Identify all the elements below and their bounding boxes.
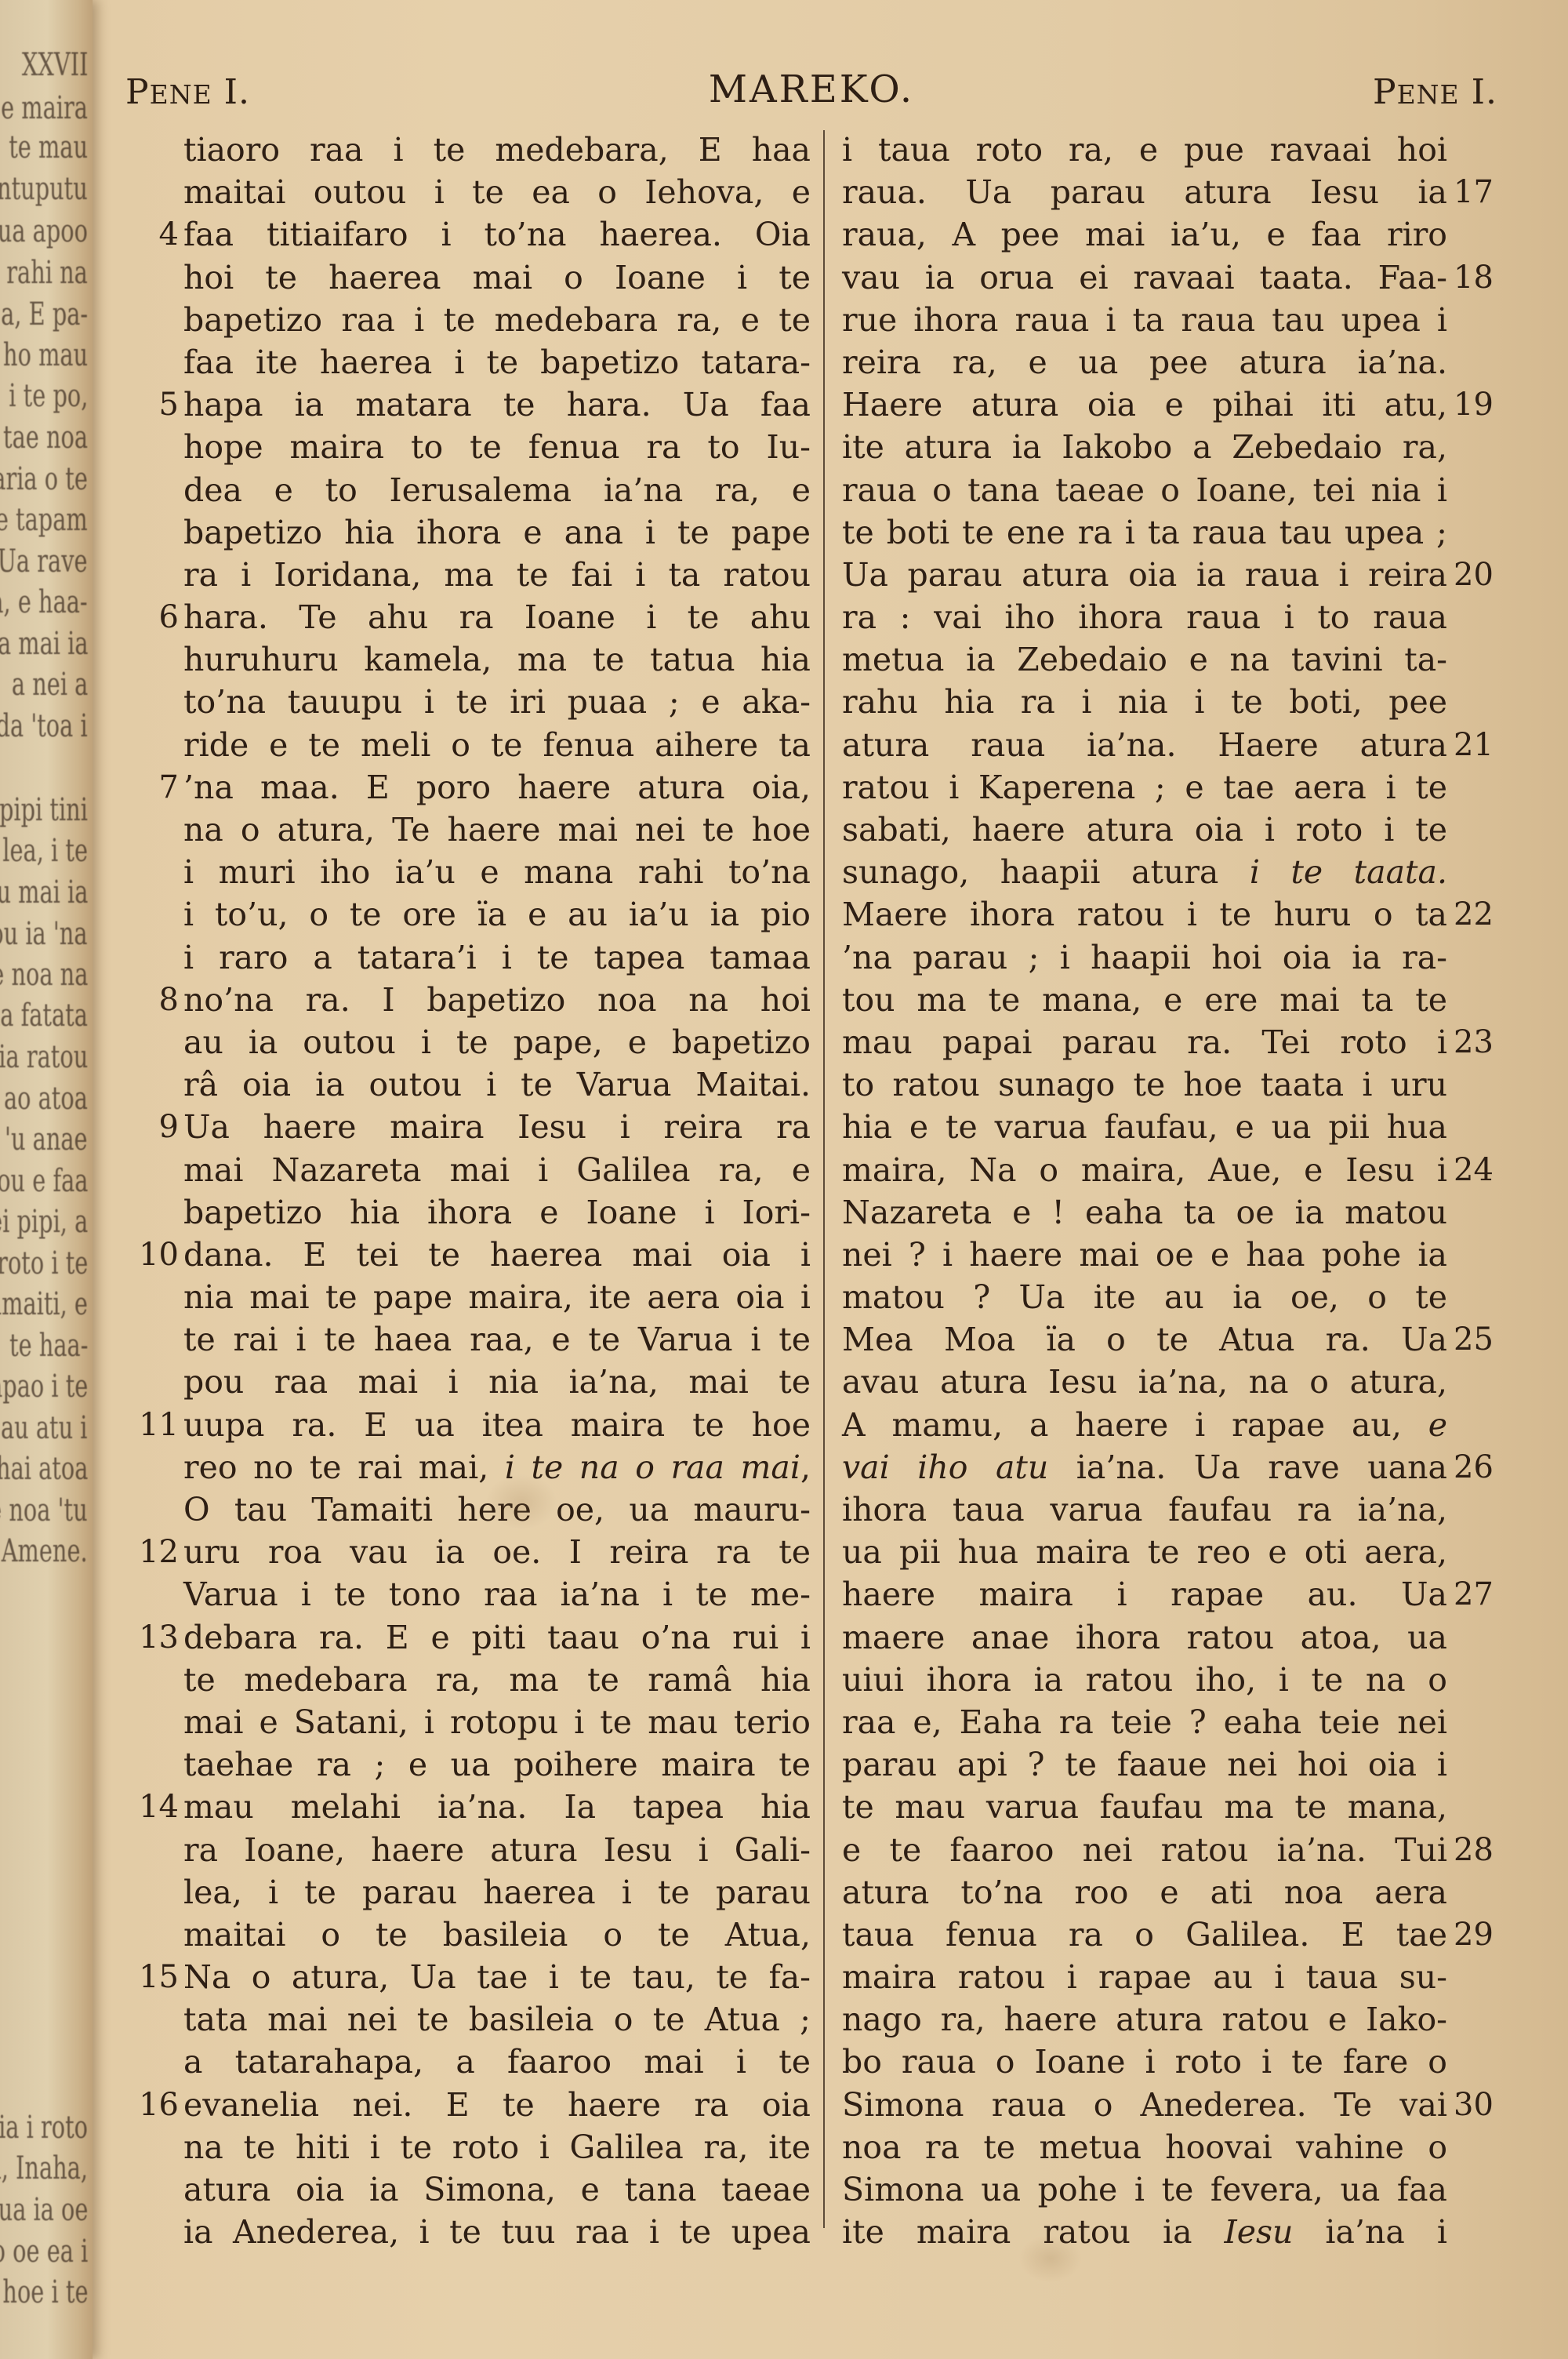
text-segment: maitai o te basileia o te Atua, — [183, 1916, 811, 1954]
previous-page-text-fragment: rahi na — [6, 255, 88, 291]
verse-number: 30 — [1454, 2084, 1508, 2126]
text-line: ra i Ioridana, ma te fai i ta ratou — [118, 554, 815, 596]
text-segment: râ oia ia outou i te Varua Maitai. — [183, 1066, 811, 1103]
text-line: na o atura, Te haere mai nei te hoe — [118, 809, 815, 851]
text-segment: Maere ihora ratou i te huru o ta — [842, 896, 1447, 933]
text-line: bapetizo hia ihora e ana i te pape — [118, 511, 815, 554]
line-text: ihora taua varua faufau ra ia’na, — [842, 1488, 1447, 1531]
text-line: avau atura Iesu ia’na, na o atura, — [833, 1361, 1499, 1403]
italic-segment: vai iho atu — [842, 1448, 1048, 1486]
text-segment: Simona raua o Anederea. Te vai — [842, 2086, 1447, 2124]
text-line: Mea Moa ïa o te Atua ra. Ua25 — [833, 1318, 1499, 1361]
line-text: bapetizo raa i te medebara ra, e te — [183, 299, 811, 341]
text-line: ’na parau ; i haapii hoi oia ia ra- — [833, 936, 1499, 979]
italic-segment: Iesu — [1225, 2213, 1294, 2251]
previous-page-text-fragment: e noa 'tu — [0, 1492, 88, 1528]
text-segment: sabati, haere atura oia i roto i te — [842, 811, 1447, 849]
text-line: i taua roto ra, e pue ravaai hoi — [833, 129, 1499, 171]
line-text: reira ra, e ua pee atura ia’na. — [842, 341, 1447, 383]
text-segment: sunago, haapii atura — [842, 853, 1250, 891]
right-text-column: i taua roto ra, e pue ravaai hoiraua. Ua… — [833, 129, 1499, 2253]
text-line: raua o tana taeae o Ioane, tei nia i — [833, 469, 1499, 511]
text-segment: ite maira ratou ia — [842, 2213, 1225, 2251]
text-segment: hoi te haerea mai o Ioane i te — [183, 259, 811, 296]
text-line: ite atura ia Iakobo a Zebedaio ra, — [833, 426, 1499, 468]
previous-page-text-fragment: ia ratou — [0, 1039, 88, 1075]
verse-number: 7 — [118, 766, 179, 809]
text-segment: ihora taua varua faufau ra ia’na, — [842, 1491, 1447, 1528]
text-segment: pou raa mai i nia ia’na, mai te — [183, 1363, 811, 1401]
text-line: Simona ua pohe i te fevera, ua faa — [833, 2168, 1499, 2211]
line-text: raua, A pee mai ia’u, e faa riro — [842, 213, 1447, 256]
previous-page-text-fragment: a, Inaha, — [0, 2150, 88, 2186]
text-line: raa e, Eaha ra teie ? eaha teie nei — [833, 1701, 1499, 1743]
line-text: parau api ? te faaue nei hoi oia i — [842, 1743, 1447, 1786]
text-line: ua pii hua maira te reo e oti aera, — [833, 1531, 1499, 1573]
text-line: bo raua o Ioane i roto i te fare o — [833, 2041, 1499, 2083]
verse-number: 17 — [1454, 171, 1508, 213]
line-text: avau atura Iesu ia’na, na o atura, — [842, 1361, 1447, 1403]
text-line: atura raua ia’na. Haere atura21 — [833, 724, 1499, 766]
text-segment: debara ra. E e piti taau o’na rui i — [183, 1619, 811, 1656]
verse-number: 5 — [118, 383, 179, 426]
verse-number: 22 — [1454, 893, 1508, 936]
italic-segment: e — [1428, 1406, 1447, 1444]
text-line: a tatarahapa, a faaroo mai i te — [118, 2041, 815, 2083]
text-line: pou raa mai i nia ia’na, mai te — [118, 1361, 815, 1403]
text-segment: lea, i te parau haerea i te parau — [183, 1874, 811, 1911]
line-text: Varua i te tono raa ia’na i te me- — [183, 1573, 811, 1616]
text-line: bapetizo hia ihora e Ioane i Iori- — [118, 1191, 815, 1234]
text-line: faa titiaifaro i to’na haerea. Oia4 — [118, 213, 815, 256]
text-line: i muri iho ia’u e mana rahi to’na — [118, 851, 815, 893]
text-segment: Nazareta e ! eaha ta oe ia matou — [842, 1194, 1447, 1231]
text-segment: nei ? i haere mai oe e haa pohe ia — [842, 1236, 1447, 1274]
text-line: maira ratou i rapae au i taua su- — [833, 1956, 1499, 1998]
verse-number: 11 — [118, 1404, 179, 1446]
text-segment: reira ra, e ua pee atura ia’na. — [842, 343, 1447, 381]
previous-page-text-fragment: ua apoo — [0, 213, 88, 249]
text-line: taua fenua ra o Galilea. E tae29 — [833, 1914, 1499, 1956]
text-line: ia Anederea, i te tuu raa i te upea — [118, 2211, 815, 2253]
left-text-column: tiaoro raa i te medebara, E haamaitai ou… — [118, 129, 815, 2253]
previous-page-text-fragment: ntuputu — [0, 171, 88, 207]
text-segment: ra Ioane, haere atura Iesu i Gali- — [183, 1831, 811, 1869]
text-segment: maira, Na o maira, Aue, e Iesu i — [842, 1151, 1447, 1189]
previous-page-text-fragment: te haa- — [9, 1328, 88, 1364]
text-segment: nia mai te pape maira, ite aera oia i — [183, 1278, 811, 1316]
text-segment: hara. Te ahu ra Ioane i te ahu — [183, 598, 811, 636]
line-text: te rai i te haea raa, e te Varua i te — [183, 1318, 811, 1361]
text-segment: Mea Moa ïa o te Atua ra. Ua — [842, 1321, 1447, 1358]
text-segment: e te faaroo nei ratou ia’na. Tui — [842, 1831, 1447, 1869]
text-segment: te medebara ra, ma te ramâ hia — [183, 1661, 811, 1699]
text-line: maira, Na o maira, Aue, e Iesu i24 — [833, 1149, 1499, 1191]
text-segment: avau atura Iesu ia’na, na o atura, — [842, 1363, 1447, 1401]
text-line: atura oia ia Simona, e tana taeae — [118, 2168, 815, 2211]
line-text: tiaoro raa i te medebara, E haa — [183, 129, 811, 171]
line-text: O tau Tamaiti here oe, ua mauru- — [183, 1488, 811, 1531]
text-segment: reo no te rai mai, — [183, 1448, 505, 1486]
text-segment: Simona ua pohe i te fevera, ua faa — [842, 2171, 1447, 2208]
previous-page-text-fragment: ou ia 'na — [0, 916, 88, 952]
text-line: Ua haere maira Iesu i reira ra9 — [118, 1106, 815, 1148]
verse-number: 25 — [1454, 1318, 1508, 1361]
line-text: faa ite haerea i te bapetizo tatara- — [183, 341, 811, 383]
text-line: ratou i Kaperena ; e tae aera i te — [833, 766, 1499, 809]
previous-page-text-fragment: e tapam — [0, 502, 88, 538]
line-text: lea, i te parau haerea i te parau — [183, 1871, 811, 1914]
line-text: maira, Na o maira, Aue, e Iesu i — [842, 1149, 1447, 1191]
text-line: uiui ihora ia ratou iho, i te na o — [833, 1659, 1499, 1701]
line-text: rue ihora raua i ta raua tau upea i — [842, 299, 1447, 341]
line-text: reo no te rai mai, i te na o raa mai, — [183, 1446, 811, 1488]
text-line: hoi te haerea mai o Ioane i te — [118, 256, 815, 299]
previous-page-text-fragment: Ua rave — [0, 543, 88, 580]
text-segment: Na o atura, Ua tae i te tau, te fa- — [183, 1958, 811, 1996]
text-segment: mau melahi ia’na. Ia tapea hia — [183, 1788, 811, 1826]
line-text: hope maira to te fenua ra to Iu- — [183, 426, 811, 468]
text-segment: to ratou sunago te hoe taata i uru — [842, 1066, 1447, 1103]
text-segment: ua pii hua maira te reo e oti aera, — [842, 1533, 1447, 1571]
text-segment: i muri iho ia’u e mana rahi to’na — [183, 853, 811, 891]
previous-page-text-fragment: hia i roto — [0, 2110, 88, 2146]
previous-page-text-fragment: hoe i te — [2, 2274, 88, 2310]
line-text: ite atura ia Iakobo a Zebedaio ra, — [842, 426, 1447, 468]
line-text: maitai o te basileia o te Atua, — [183, 1914, 811, 1956]
line-text: mau papai parau ra. Tei roto i — [842, 1021, 1447, 1063]
text-segment: atura raua ia’na. Haere atura — [842, 726, 1447, 764]
text-segment: Varua i te tono raa ia’na i te me- — [183, 1576, 811, 1613]
text-segment: O tau Tamaiti here oe, ua mauru- — [183, 1491, 811, 1528]
text-line: ite maira ratou ia Iesu ia’na i — [833, 2211, 1499, 2253]
line-text: Haere atura oia e pihai iti atu, — [842, 383, 1447, 426]
text-segment: ite atura ia Iakobo a Zebedaio ra, — [842, 428, 1447, 466]
text-line: rahu hia ra i nia i te boti, pee — [833, 681, 1499, 723]
text-segment: ’na parau ; i haapii hoi oia ia ra- — [842, 939, 1447, 976]
text-segment: atura to’na roo e ati noa aera — [842, 1874, 1447, 1911]
text-line: Varua i te tono raa ia’na i te me- — [118, 1573, 815, 1616]
line-text: ra i Ioridana, ma te fai i ta ratou — [183, 554, 811, 596]
line-text: ’na maa. E poro haere atura oia, — [183, 766, 811, 809]
line-text: ia Anederea, i te tuu raa i te upea — [183, 2211, 811, 2253]
line-text: taua fenua ra o Galilea. E tae — [842, 1914, 1447, 1956]
text-line: parau api ? te faaue nei hoi oia i — [833, 1743, 1499, 1786]
verse-number: 8 — [118, 979, 179, 1021]
verse-number: 12 — [118, 1531, 179, 1573]
line-text: na te hiti i te roto i Galilea ra, ite — [183, 2126, 811, 2168]
text-segment: dea e to Ierusalema ia’na ra, e — [183, 471, 811, 509]
line-text: hia e te varua faufau, e ua pii hua — [842, 1106, 1447, 1148]
line-text: vai iho atu ia’na. Ua rave uana — [842, 1446, 1447, 1488]
text-line: te mau varua faufau ma te mana, — [833, 1786, 1499, 1828]
previous-page-text-fragment: lea, i te — [2, 833, 88, 869]
text-segment: taua fenua ra o Galilea. E tae — [842, 1916, 1447, 1954]
line-text: ra : vai iho ihora raua i to raua — [842, 596, 1447, 638]
text-segment: raua. Ua parau atura Iesu ia — [842, 173, 1447, 211]
text-line: mau papai parau ra. Tei roto i23 — [833, 1021, 1499, 1063]
text-line: to’na tauupu i te iri puaa ; e aka- — [118, 681, 815, 723]
line-text: noa ra te metua hoovai vahine o — [842, 2126, 1447, 2168]
verse-number: 18 — [1454, 256, 1508, 299]
column-divider-rule — [823, 130, 825, 2228]
line-text: au ia outou i te pape, e bapetizo — [183, 1021, 811, 1063]
line-text: evanelia nei. E te haere ra oia — [183, 2084, 811, 2126]
line-text: to’na tauupu i te iri puaa ; e aka- — [183, 681, 811, 723]
line-text: no’na ra. I bapetizo noa na hoi — [183, 979, 811, 1021]
line-text: nei ? i haere mai oe e haa pohe ia — [842, 1234, 1447, 1276]
text-segment: Haere atura oia e pihai iti atu, — [842, 386, 1447, 423]
line-text: i to’u, o te ore ïa e au ia’u ia pio — [183, 893, 811, 936]
line-text: pou raa mai i nia ia’na, mai te — [183, 1361, 811, 1403]
text-segment: maere anae ihora ratou atoa, ua — [842, 1619, 1447, 1656]
text-segment: na te hiti i te roto i Galilea ra, ite — [183, 2128, 811, 2166]
text-line: na te hiti i te roto i Galilea ra, ite — [118, 2126, 815, 2168]
verse-number: 27 — [1454, 1573, 1508, 1616]
text-line: bapetizo raa i te medebara ra, e te — [118, 299, 815, 341]
previous-page-text-fragment: a nei a — [12, 667, 88, 703]
text-line: taehae ra ; e ua poihere maira te — [118, 1743, 815, 1786]
text-segment: vau ia orua ei ravaai taata. Faa- — [842, 259, 1447, 296]
italic-segment: i te na o raa mai — [505, 1448, 800, 1486]
previous-page-text-fragment: ei pipi, a — [0, 1204, 88, 1240]
text-segment: i raro a tatara’i i te tapea tamaa — [183, 939, 811, 976]
verse-number: 14 — [118, 1786, 179, 1828]
text-segment: metua ia Zebedaio e na tavini ta- — [842, 641, 1447, 678]
text-line: hara. Te ahu ra Ioane i te ahu6 — [118, 596, 815, 638]
text-line: mai e Satani, i rotopu i te mau terio — [118, 1701, 815, 1743]
text-line: nago ra, haere atura ratou e Iako- — [833, 1998, 1499, 2041]
previous-page-text-fragment: a mai ia — [0, 626, 88, 662]
line-text: Maere ihora ratou i te huru o ta — [842, 893, 1447, 936]
text-segment: faa titiaifaro i to’na haerea. Oia — [183, 216, 811, 253]
line-text: i raro a tatara’i i te tapea tamaa — [183, 936, 811, 979]
text-segment: uiui ihora ia ratou iho, i te na o — [842, 1661, 1447, 1699]
text-segment: hope maira to te fenua ra to Iu- — [183, 428, 811, 466]
text-segment: parau api ? te faaue nei hoi oia i — [842, 1746, 1447, 1783]
text-segment: rue ihora raua i ta raua tau upea i — [842, 301, 1447, 339]
line-text: atura to’na roo e ati noa aera — [842, 1871, 1447, 1914]
line-text: te medebara ra, ma te ramâ hia — [183, 1659, 811, 1701]
line-text: debara ra. E e piti taau o’na rui i — [183, 1616, 811, 1659]
text-segment: raua o tana taeae o Ioane, tei nia i — [842, 471, 1447, 509]
text-segment: uru roa vau ia oe. I reira ra te — [183, 1533, 811, 1571]
line-text: maitai outou i te ea o Iehova, e — [183, 171, 811, 213]
line-text: sunago, haapii atura i te taata. — [842, 851, 1447, 893]
text-line: hapa ia matara te hara. Ua faa5 — [118, 383, 815, 426]
text-segment: atura oia ia Simona, e tana taeae — [183, 2171, 811, 2208]
text-segment: ia’na. Ua rave uana — [1048, 1448, 1447, 1486]
line-text: bapetizo hia ihora e ana i te pape — [183, 511, 811, 554]
text-line: Na o atura, Ua tae i te tau, te fa-15 — [118, 1956, 815, 1998]
line-text: te boti te ene ra i ta raua tau upea ; — [842, 511, 1447, 554]
text-segment: maitai outou i te ea o Iehova, e — [183, 173, 811, 211]
line-text: Mea Moa ïa o te Atua ra. Ua — [842, 1318, 1447, 1361]
verse-number: 28 — [1454, 1829, 1508, 1871]
text-line: nia mai te pape maira, ite aera oia i — [118, 1276, 815, 1318]
text-line: vau ia orua ei ravaai taata. Faa-18 — [833, 256, 1499, 299]
text-segment: i taua roto ra, e pue ravaai hoi — [842, 131, 1447, 169]
verse-number: 6 — [118, 596, 179, 638]
previous-page-text-fragment: pipi tini — [0, 792, 88, 828]
italic-segment: i te taata. — [1250, 853, 1447, 891]
line-text: dana. E tei te haerea mai oia i — [183, 1234, 811, 1276]
line-text: atura raua ia’na. Haere atura — [842, 724, 1447, 766]
line-text: i taua roto ra, e pue ravaai hoi — [842, 129, 1447, 171]
line-text: sabati, haere atura oia i roto i te — [842, 809, 1447, 851]
text-segment: Ua haere maira Iesu i reira ra — [183, 1108, 811, 1146]
previous-page-text-fragment: XXVII — [21, 47, 88, 83]
line-text: te mau varua faufau ma te mana, — [842, 1786, 1447, 1828]
text-line: maitai o te basileia o te Atua, — [118, 1914, 815, 1956]
text-segment: haere maira i rapae au. Ua — [842, 1576, 1447, 1613]
text-line: matou ? Ua ite au ia oe, o te — [833, 1276, 1499, 1318]
verse-number: 15 — [118, 1956, 179, 1998]
text-segment: to’na tauupu i te iri puaa ; e aka- — [183, 683, 811, 721]
text-segment: noa ra te metua hoovai vahine o — [842, 2128, 1447, 2166]
line-text: Ua haere maira Iesu i reira ra — [183, 1106, 811, 1148]
previous-page-text-fragment: pihai atoa — [0, 1451, 88, 1487]
text-line: dana. E tei te haerea mai oia i10 — [118, 1234, 815, 1276]
text-segment: te mau varua faufau ma te mana, — [842, 1788, 1447, 1826]
line-text: raua. Ua parau atura Iesu ia — [842, 171, 1447, 213]
text-line: rue ihora raua i ta raua tau upea i — [833, 299, 1499, 341]
line-text: raa e, Eaha ra teie ? eaha teie nei — [842, 1701, 1447, 1743]
verse-number: 29 — [1454, 1914, 1508, 1956]
text-segment: , — [800, 1448, 811, 1486]
text-line: ride e te meli o te fenua aihere ta — [118, 724, 815, 766]
text-segment: bapetizo hia ihora e Ioane i Iori- — [183, 1194, 811, 1231]
previous-page-text-fragment: a, e haa- — [0, 584, 88, 620]
text-line: mau melahi ia’na. Ia tapea hia14 — [118, 1786, 815, 1828]
text-segment: raua, A pee mai ia’u, e faa riro — [842, 216, 1447, 253]
text-line: te boti te ene ra i ta raua tau upea ; — [833, 511, 1499, 554]
previous-page-text-fragment: da 'toa i — [0, 708, 88, 744]
text-segment: raa e, Eaha ra teie ? eaha teie nei — [842, 1703, 1447, 1741]
text-line: vai iho atu ia’na. Ua rave uana26 — [833, 1446, 1499, 1488]
line-text: tou ma te mana, e ere mai ta te — [842, 979, 1447, 1021]
text-line: uru roa vau ia oe. I reira ra te12 — [118, 1531, 815, 1573]
line-text: uiui ihora ia ratou iho, i te na o — [842, 1659, 1447, 1701]
text-line: Haere atura oia e pihai iti atu,19 — [833, 383, 1499, 426]
text-segment: au ia outou i te pape, e bapetizo — [183, 1023, 811, 1061]
text-segment: dana. E tei te haerea mai oia i — [183, 1236, 811, 1274]
text-segment: te rai i te haea raa, e te Varua i te — [183, 1321, 811, 1358]
text-segment: tiaoro raa i te medebara, E haa — [183, 131, 811, 169]
line-text: bapetizo hia ihora e Ioane i Iori- — [183, 1191, 811, 1234]
chapter-label-right: PENE I. — [1373, 72, 1497, 112]
line-text: ’na parau ; i haapii hoi oia ia ra- — [842, 936, 1447, 979]
text-segment: taehae ra ; e ua poihere maira te — [183, 1746, 811, 1783]
book-title: MAREKO. — [125, 67, 1497, 111]
line-text: faa titiaifaro i to’na haerea. Oia — [183, 213, 811, 256]
previous-page-text-fragment: o oe ea i — [0, 2234, 88, 2270]
line-text: bo raua o Ioane i roto i te fare o — [842, 2041, 1447, 2083]
text-segment: hapa ia matara te hara. Ua faa — [183, 386, 811, 423]
previous-page-text-fragment: 'u anae — [5, 1121, 88, 1158]
text-segment: mai Nazareta mai i Galilea ra, e — [183, 1151, 811, 1189]
line-text: uru roa vau ia oe. I reira ra te — [183, 1531, 811, 1573]
text-line: noa ra te metua hoovai vahine o — [833, 2126, 1499, 2168]
verse-number: 21 — [1454, 724, 1508, 766]
line-text: rahu hia ra i nia i te boti, pee — [842, 681, 1447, 723]
text-segment: hia e te varua faufau, e ua pii hua — [842, 1108, 1447, 1146]
text-line: reira ra, e ua pee atura ia’na. — [833, 341, 1499, 383]
text-line: hia e te varua faufau, e ua pii hua — [833, 1106, 1499, 1148]
text-line: O tau Tamaiti here oe, ua mauru- — [118, 1488, 815, 1531]
verse-number: 10 — [118, 1234, 179, 1276]
running-header: PENE I. MAREKO. PENE I. — [125, 72, 1497, 119]
text-segment: ride e te meli o te fenua aihere ta — [183, 726, 811, 764]
text-segment: bo raua o Ioane i roto i te fare o — [842, 2043, 1447, 2081]
text-segment: ’na maa. E poro haere atura oia, — [183, 769, 811, 806]
previous-page-text-fragment: a, E pa- — [1, 296, 88, 333]
line-text: Simona ua pohe i te fevera, ua faa — [842, 2168, 1447, 2211]
previous-page-text-fragment: ua ia oe — [0, 2192, 88, 2228]
line-text: Nazareta e ! eaha ta oe ia matou — [842, 1191, 1447, 1234]
text-segment: nago ra, haere atura ratou e Iako- — [842, 2001, 1447, 2038]
text-segment: na o atura, Te haere mai nei te hoe — [183, 811, 811, 849]
previous-page-text-fragment: e maira — [1, 90, 88, 126]
text-segment: te boti te ene ra i ta raua tau upea ; — [842, 514, 1447, 551]
text-line: sunago, haapii atura i te taata. — [833, 851, 1499, 893]
line-text: ite maira ratou ia Iesu ia’na i — [842, 2211, 1447, 2253]
previous-page-text-fragment: apao i te — [0, 1369, 88, 1405]
line-text: ride e te meli o te fenua aihere ta — [183, 724, 811, 766]
text-line: faa ite haerea i te bapetizo tatara- — [118, 341, 815, 383]
text-line: tiaoro raa i te medebara, E haa — [118, 129, 815, 171]
verse-number: 4 — [118, 213, 179, 256]
line-text: ratou i Kaperena ; e tae aera i te — [842, 766, 1447, 809]
line-text: taehae ra ; e ua poihere maira te — [183, 1743, 811, 1786]
text-line: raua. Ua parau atura Iesu ia17 — [833, 171, 1499, 213]
verse-number: 13 — [118, 1616, 179, 1659]
verse-number: 26 — [1454, 1446, 1508, 1488]
text-segment: Ua parau atura oia ia raua i reira — [842, 556, 1447, 594]
line-text: tata mai nei te basileia o te Atua ; — [183, 1998, 811, 2041]
previous-page-text-fragment: ou e faa — [0, 1163, 88, 1199]
previous-page-text-fragment: aa fatata — [0, 998, 88, 1034]
text-line: sabati, haere atura oia i roto i te — [833, 809, 1499, 851]
line-text: to ratou sunago te hoe taata i uru — [842, 1063, 1447, 1106]
previous-page-text-fragment: te mau — [9, 129, 88, 165]
line-text: mau melahi ia’na. Ia tapea hia — [183, 1786, 811, 1828]
text-line: ra Ioane, haere atura Iesu i Gali- — [118, 1829, 815, 1871]
text-segment: evanelia nei. E te haere ra oia — [183, 2086, 811, 2124]
previous-page-text-fragment: i te po, — [9, 378, 88, 414]
text-line: A mamu, a haere i rapae au, e — [833, 1404, 1499, 1446]
text-segment: ia Anederea, i te tuu raa i te upea — [183, 2213, 811, 2251]
text-line: huruhuru kamela, ma te tatua hia — [118, 638, 815, 681]
previous-page-text-fragment: ho mau — [3, 337, 88, 373]
text-segment: tou ma te mana, e ere mai ta te — [842, 981, 1447, 1019]
text-line: râ oia ia outou i te Varua Maitai. — [118, 1063, 815, 1106]
text-line: tata mai nei te basileia o te Atua ; — [118, 1998, 815, 2041]
verse-number: 19 — [1454, 383, 1508, 426]
line-text: A mamu, a haere i rapae au, e — [842, 1404, 1447, 1446]
text-segment: ra i Ioridana, ma te fai i ta ratou — [183, 556, 811, 594]
text-line: maitai outou i te ea o Iehova, e — [118, 171, 815, 213]
line-text: atura oia ia Simona, e tana taeae — [183, 2168, 811, 2211]
text-line: haere maira i rapae au. Ua27 — [833, 1573, 1499, 1616]
text-line: au ia outou i te pape, e bapetizo — [118, 1021, 815, 1063]
text-line: lea, i te parau haerea i te parau — [118, 1871, 815, 1914]
previous-page-edge: XXVIIe mairate mauntuputuua apoorahi naa… — [0, 0, 93, 2359]
line-text: hoi te haerea mai o Ioane i te — [183, 256, 811, 299]
text-segment: rahu hia ra i nia i te boti, pee — [842, 683, 1447, 721]
text-line: Maere ihora ratou i te huru o ta22 — [833, 893, 1499, 936]
previous-page-text-fragment: aria o te — [0, 461, 88, 497]
